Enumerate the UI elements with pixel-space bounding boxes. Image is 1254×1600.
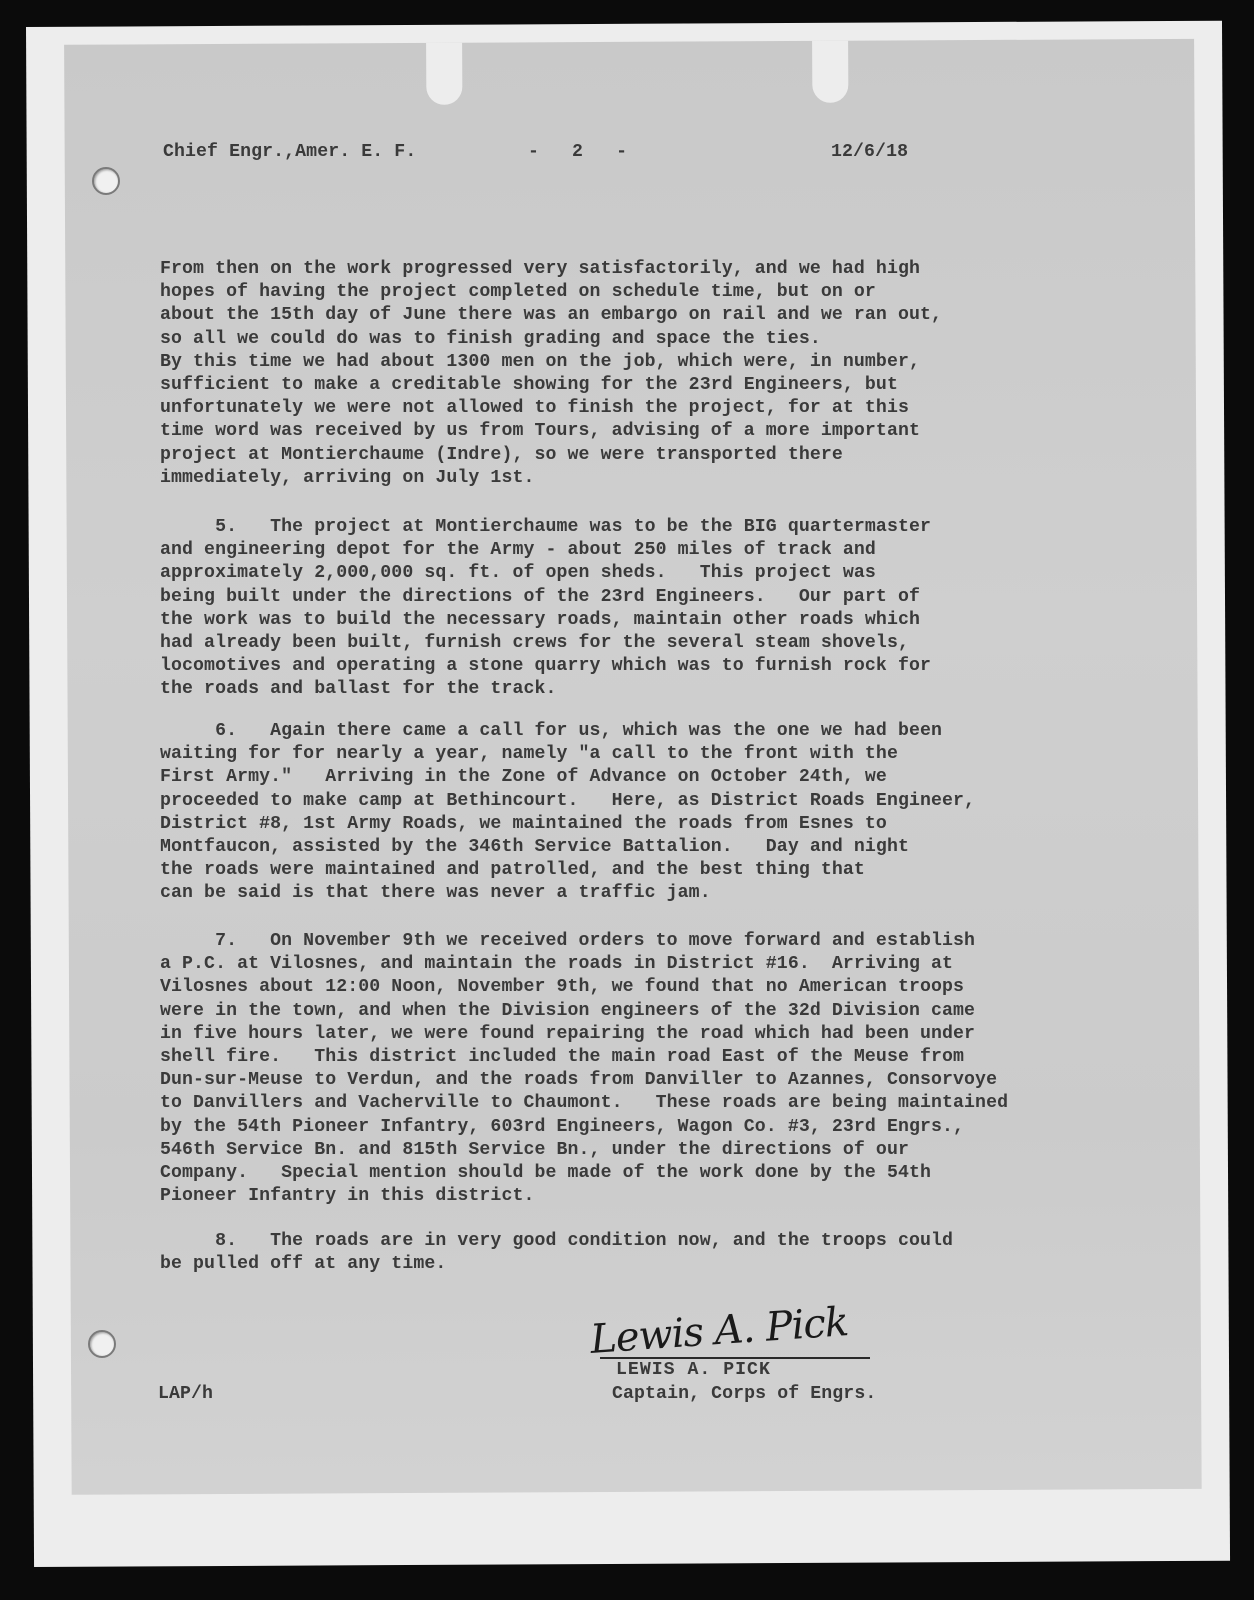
text-line: the work was to build the necessary road… [160,609,931,632]
text-line: waiting for for nearly a year, namely "a… [160,743,975,766]
text-line: were in the town, and when the Division … [160,1000,1008,1023]
binder-tab-notch [426,43,462,105]
punch-hole-icon [92,167,120,195]
text-line: Montfaucon, assisted by the 346th Servic… [160,836,975,859]
signatory-title: Captain, Corps of Engrs. [612,1384,876,1404]
text-line: being built under the directions of the … [160,586,931,609]
text-line: From then on the work progressed very sa… [160,258,942,281]
text-line: so all we could do was to finish grading… [160,328,942,351]
text-line: 6. Again there came a call for us, which… [160,720,975,743]
text-line: a P.C. at Vilosnes, and maintain the roa… [160,953,1008,976]
text-line: immediately, arriving on July 1st. [160,467,942,490]
text-line: locomotives and operating a stone quarry… [160,655,931,678]
paragraph-6: 6. Again there came a call for us, which… [160,720,975,906]
text-line: 7. On November 9th we received orders to… [160,930,1008,953]
paragraph-7: 7. On November 9th we received orders to… [160,930,1008,1208]
page-number: - 2 - [528,142,627,162]
text-line: time word was received by us from Tours,… [160,420,942,443]
text-line: 546th Service Bn. and 815th Service Bn.,… [160,1139,1008,1162]
paragraph-8: 8. The roads are in very good condition … [160,1230,953,1276]
text-line: unfortunately we were not allowed to fin… [160,397,942,420]
text-line: District #8, 1st Army Roads, we maintain… [160,813,975,836]
text-line: approximately 2,000,000 sq. ft. of open … [160,562,931,585]
text-line: sufficient to make a creditable showing … [160,374,942,397]
text-line: by the 54th Pioneer Infantry, 603rd Engi… [160,1116,1008,1139]
paragraph-continuation: From then on the work progressed very sa… [160,258,942,490]
text-line: First Army." Arriving in the Zone of Adv… [160,766,975,789]
header-addressee: Chief Engr.,Amer. E. F. [163,142,416,162]
text-line: the roads and ballast for the track. [160,678,931,701]
text-line: By this time we had about 1300 men on th… [160,351,942,374]
text-line: be pulled off at any time. [160,1253,953,1276]
text-line: Vilosnes about 12:00 Noon, November 9th,… [160,976,1008,999]
signatory-name: LEWIS A. PICK [616,1360,771,1380]
text-line: the roads were maintained and patrolled,… [160,859,975,882]
text-line: 5. The project at Montierchaume was to b… [160,516,931,539]
text-line: Pioneer Infantry in this district. [160,1185,1008,1208]
paragraph-5: 5. The project at Montierchaume was to b… [160,516,931,702]
text-line: project at Montierchaume (Indre), so we … [160,444,942,467]
text-line: proceeded to make camp at Bethincourt. H… [160,790,975,813]
text-line: Company. Special mention should be made … [160,1162,1008,1185]
text-line: to Danvillers and Vacherville to Chaumon… [160,1092,1008,1115]
text-line: had already been built, furnish crews fo… [160,632,931,655]
text-line: in five hours later, we were found repai… [160,1023,1008,1046]
reference-initials: LAP/h [158,1384,213,1404]
text-line: and engineering depot for the Army - abo… [160,539,931,562]
letter-date: 12/6/18 [831,142,908,162]
text-line: hopes of having the project completed on… [160,281,942,304]
text-line: 8. The roads are in very good condition … [160,1230,953,1253]
punch-hole-icon [88,1330,116,1358]
signature-line [600,1357,870,1359]
text-line: about the 15th day of June there was an … [160,304,942,327]
text-line: shell fire. This district included the m… [160,1046,1008,1069]
text-line: Dun-sur-Meuse to Verdun, and the roads f… [160,1069,1008,1092]
text-line: can be said is that there was never a tr… [160,882,975,905]
binder-tab-notch [812,41,848,103]
